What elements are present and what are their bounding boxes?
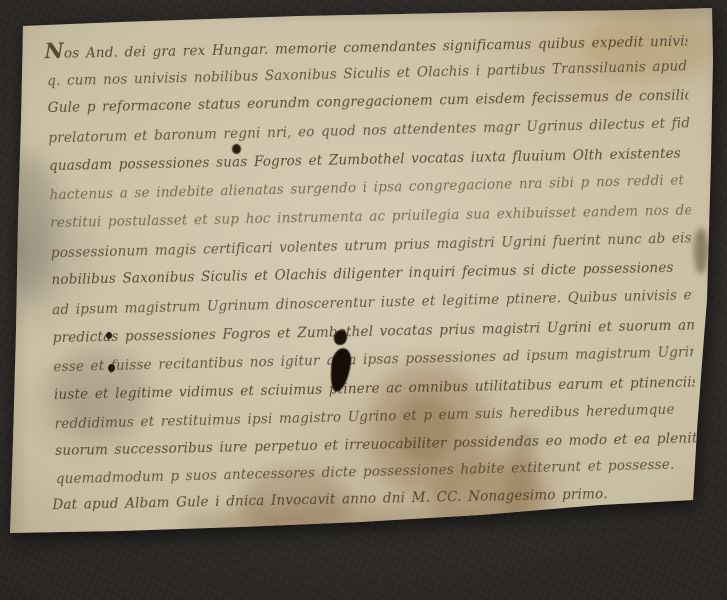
ink-dot-upper xyxy=(232,144,241,154)
photo-background: Nos And. dei gra rex Hungar. memorie com… xyxy=(0,0,727,600)
parchment-document: Nos And. dei gra rex Hungar. memorie com… xyxy=(0,0,727,600)
parchment-wrapper: Nos And. dei gra rex Hungar. memorie com… xyxy=(0,0,727,600)
manuscript-text: Nos And. dei gra rex Hungar. memorie com… xyxy=(0,0,727,600)
ink-dot-left-a xyxy=(106,332,112,339)
ink-dot-left-b xyxy=(108,364,115,372)
